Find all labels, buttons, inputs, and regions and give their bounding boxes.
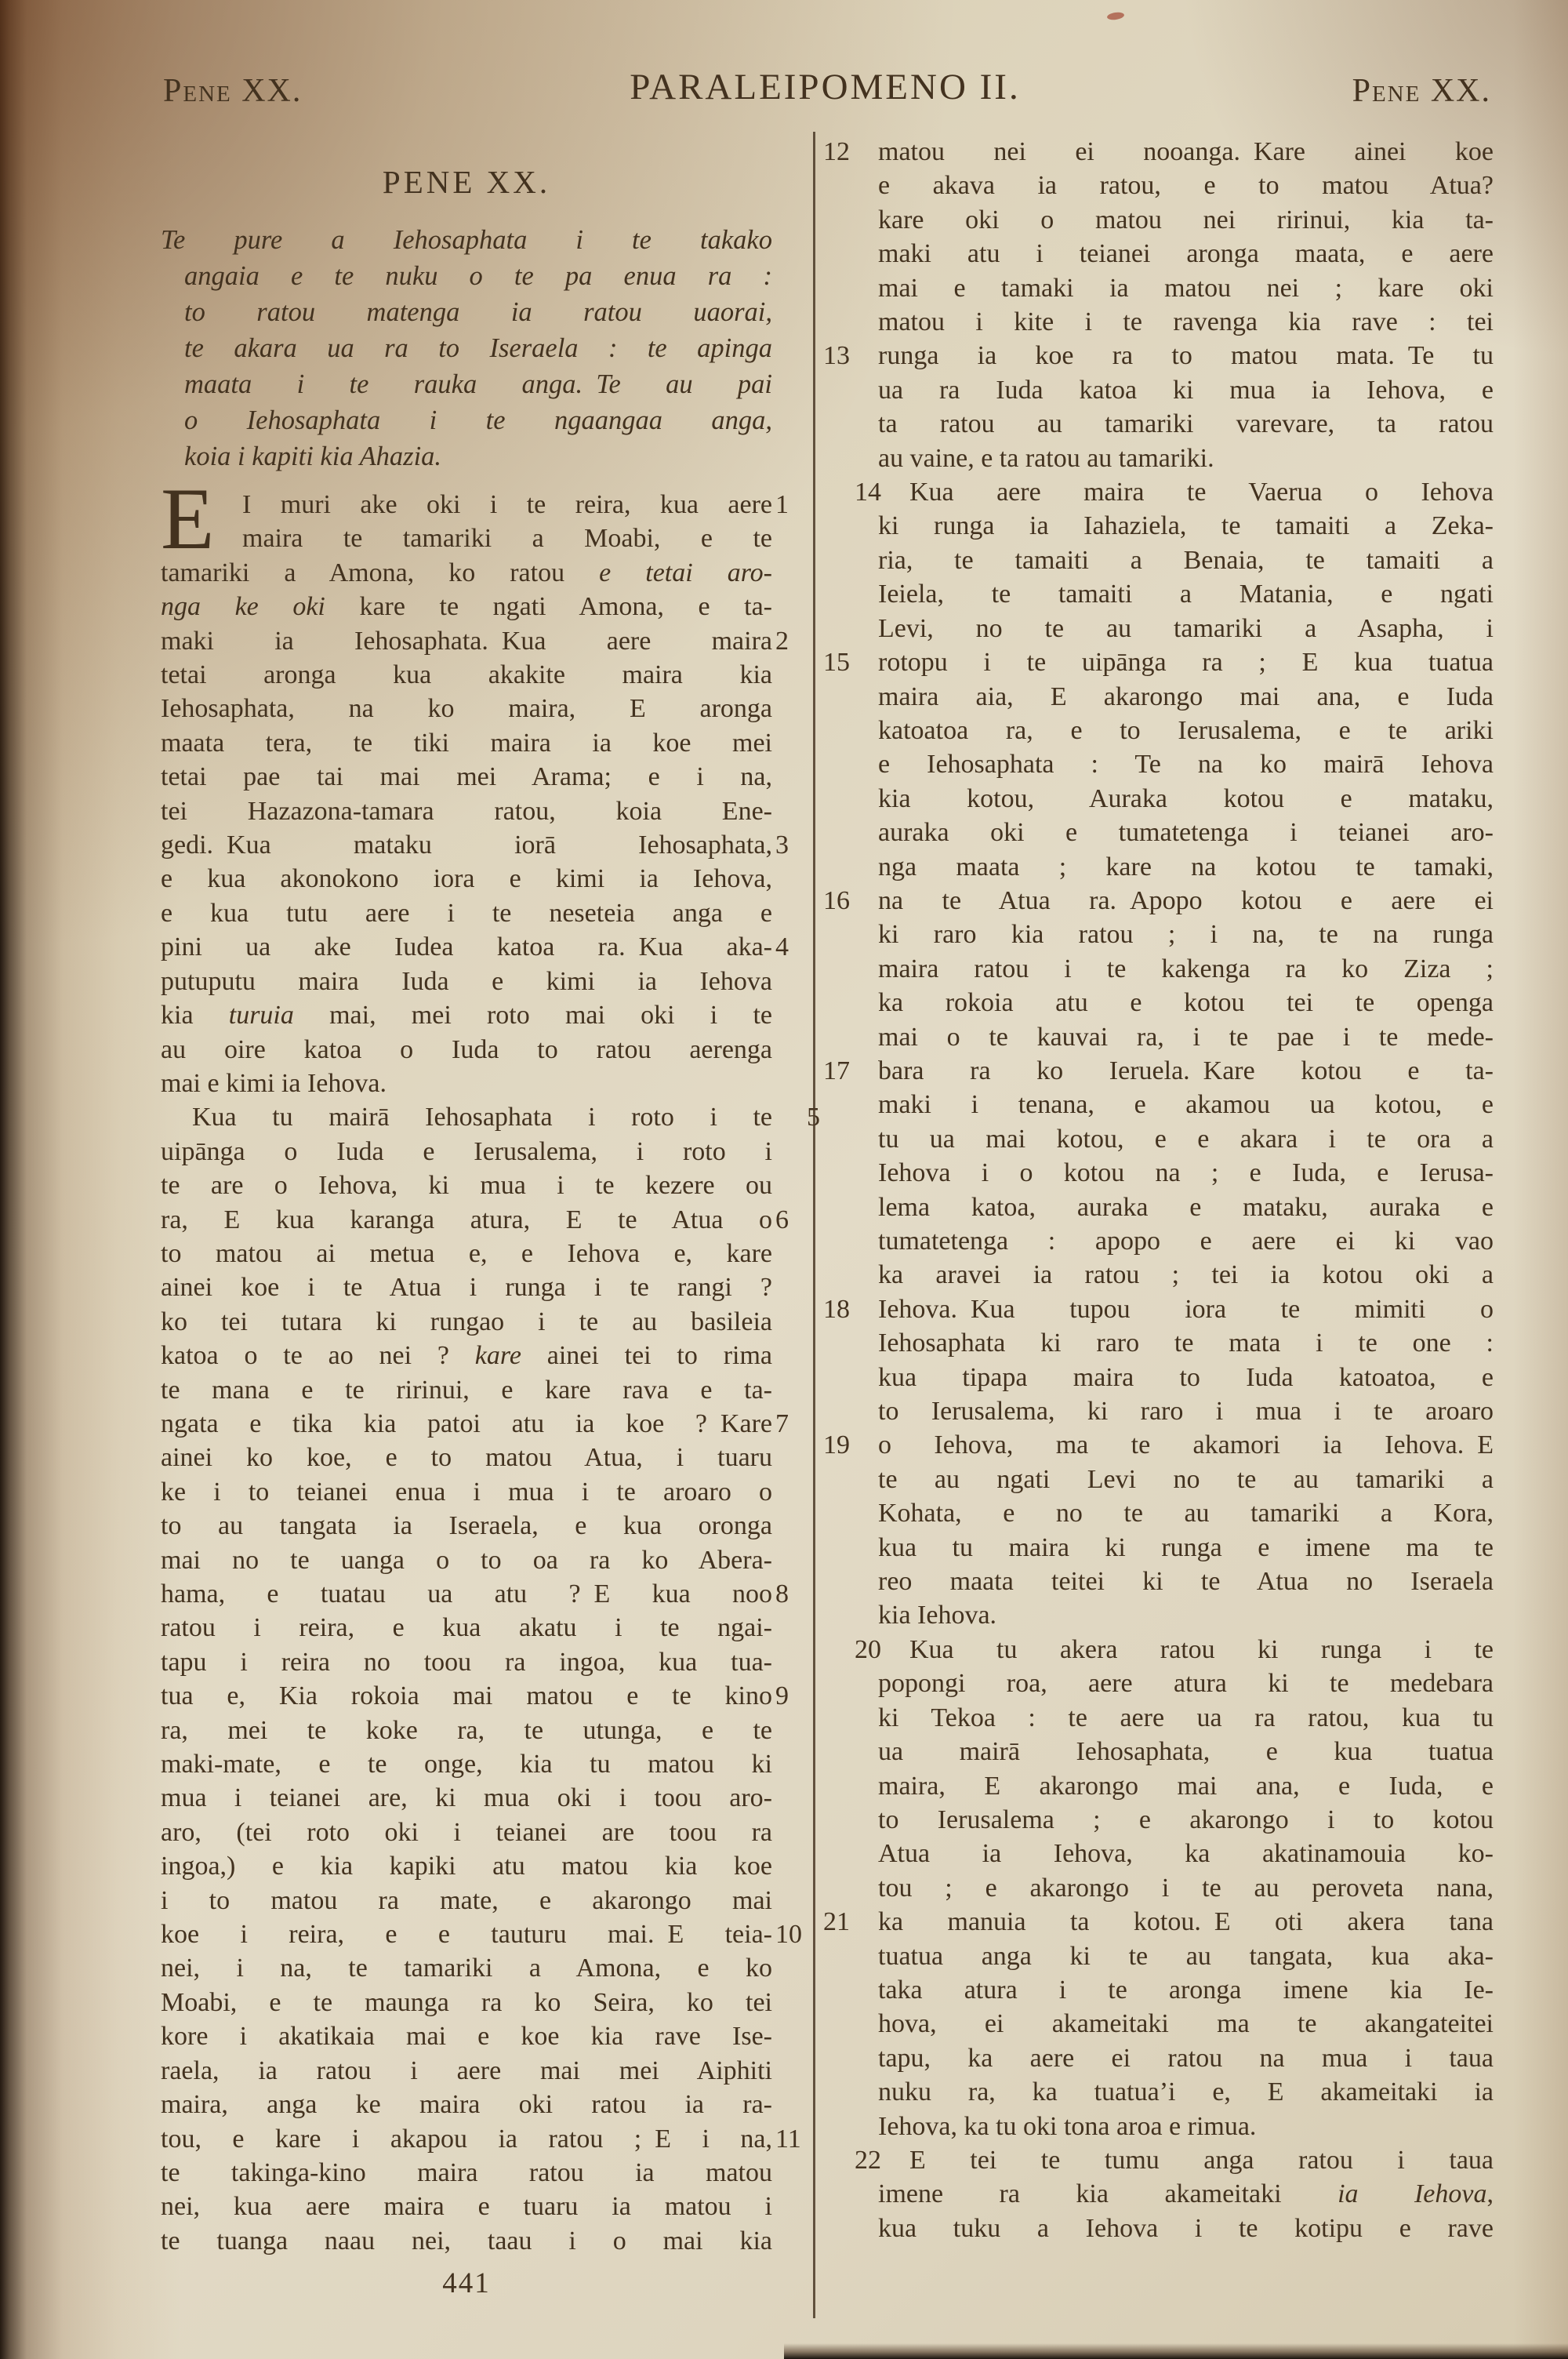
text-line: mai e kimi ia Iehova. [161,1067,772,1100]
text-line: taka atura i te aronga imene kia Ie- [878,1973,1494,2007]
text-line: maki i tenana, e akamou ua kotou, e [878,1088,1494,1121]
verse-number: 6 [775,1203,813,1237]
verse-number: 18 [823,1292,870,1326]
text-line: maira, E akarongo mai ana, e Iuda, e [878,1769,1494,1803]
verse-number: 9 [775,1679,813,1713]
text-line: o Iehova, ma te akamori ia Iehova. E19 [878,1428,1494,1462]
text-line: matou i kite i te ravenga kia rave : tei [878,305,1494,339]
text-line: Levi, no te au tamariki a Asapha, i [878,612,1494,645]
text-line: ke i to teianei enua i mua i te aroaro o [161,1475,772,1509]
verse-number: 10 [775,1917,813,1951]
text-line: maira te tamariki a Moabi, e te [161,522,772,555]
text-line: ta ratou au tamariki varevare, ta ratou [878,407,1494,441]
text-line: koia i kapiti kia Ahazia. [161,438,772,474]
text-line: matou nei ei nooanga. Kare ainei koe12 [878,135,1494,169]
text-line: gedi. Kua mataku iorā Iehosaphata,3 [161,828,772,862]
verse-number: 15 [823,645,870,679]
text-line: tou, e kare i akapou ia ratou ; E i na,1… [161,2122,772,2156]
text-line: to ratou matenga ia ratou uaorai, [161,294,772,330]
text-line: nei, kua aere maira e tuaru ia matou i [161,2190,772,2223]
text-line: i to matou ra mate, e akarongo mai [161,1884,772,1917]
verse-number: 1 [775,488,813,522]
text-line: kua tu maira ki runga e imene ma te [878,1531,1494,1565]
text-line: e Iehosaphata : Te na ko mairā Iehova [878,747,1494,781]
text-line: uipānga o Iuda e Ierusalema, i roto i [161,1135,772,1169]
text-line: te are o Iehova, ki mua i te kezere ou [161,1169,772,1202]
verse-number: 3 [775,828,813,862]
text-line: tu ua mai kotou, e e akara i te ora a [878,1122,1494,1156]
text-line: tetai pae tai mai mei Arama; e i na, [161,760,772,794]
text-line: hama, e tuatau ua atu ? E kua noo8 [161,1577,772,1611]
text-line: kare oki o matou nei ririnui, kia ta- [878,203,1494,237]
text-line: tuatua anga ki te au tangata, kua aka- [878,1939,1494,1973]
text-line: kia turuia mai, mei roto mai oki i te [161,998,772,1032]
chapter-summary: Te pure a Iehosaphata i te takakoangaia … [161,222,772,474]
running-head-right: Pene XX. [1352,72,1491,110]
book-page: Pene XX. PARALEIPOMENO II. Pene XX. PENE… [0,0,1568,2359]
text-line: Ieiela, te tamaiti a Matania, e ngati [878,577,1494,611]
text-line: I muri ake oki i te reira, kua aere1 [161,488,772,522]
text-line: ka rokoia atu e kotou tei te openga [878,986,1494,1020]
italic-text: turuia [229,1001,294,1030]
text-line: Iehova. Kua tupou iora te mimiti o18 [878,1292,1494,1326]
page-bottom-edge-shadow [784,2343,1568,2359]
text-line: ria, te tamaiti a Benaia, te tamaiti a [878,543,1494,577]
text-line: ki runga ia Iahaziela, te tamaiti a Zeka… [878,509,1494,543]
text-line: Kua tu mairā Iehosaphata i roto i te5 [161,1100,772,1134]
text-line: ka aravei ia ratou ; tei ia kotou oki a [878,1258,1494,1292]
text-line: ratou i reira, e kua akatu i te ngai- [161,1611,772,1645]
text-line: e kua akonokono iora e kimi ia Iehova, [161,862,772,896]
text-line: to matou ai metua e, e Iehova e, kare [161,1237,772,1270]
text-line: to Ierusalema, ki raro i mua i te aroaro [878,1394,1494,1428]
text-line: katoatoa ra, e to Ierusalema, e te ariki [878,714,1494,747]
text-line: ainei ko koe, e to matou Atua, i tuaru [161,1441,772,1474]
text-line: ua ra Iuda katoa ki mua ia Iehova, e [878,373,1494,407]
text-line: nei, i na, te tamariki a Amona, e ko [161,1951,772,1985]
italic-text: nga ke oki [161,592,325,621]
text-line: Atua ia Iehova, ka akatinamouia ko- [878,1837,1494,1870]
text-line: mai e tamaki ia matou nei ; kare oki [878,271,1494,305]
verse-number: 17 [823,1054,870,1088]
verse-number: 13 [823,339,870,373]
text-line: tumatetenga : apopo e aere ei ki vao [878,1224,1494,1258]
text-line: nga maata ; kare na kotou te tamaki, [878,850,1494,884]
verse-number: 5 [775,1100,813,1134]
verse-number: 8 [775,1577,813,1611]
text-line: maata tera, te tiki maira ia koe mei [161,726,772,760]
text-line: Iehova, ka tu oki tona aroa e rimua. [878,2110,1494,2143]
text-line: pini ua ake Iudea katoa ra. Kua aka-4 [161,930,772,964]
text-line: bara ra ko Ieruela. Kare kotou e ta-17 [878,1054,1494,1088]
text-line: ra, E kua karanga atura, E te Atua o6 [161,1203,772,1237]
text-line: te takinga-kino maira ratou ia matou [161,2156,772,2190]
text-line: te mana e te ririnui, e kare rava e ta- [161,1373,772,1407]
text-line: Kua tu akera ratou ki runga i te20 [878,1633,1494,1667]
verse-number: 4 [775,930,813,964]
text-line: tapu i reira no toou ra ingoa, kua tua- [161,1645,772,1679]
text-line: Kohata, e no te au tamariki a Kora, [878,1496,1494,1530]
text-line: maata i te rauka anga. Te au pai [161,366,772,402]
text-line: katoa o te ao nei ? kare ainei tei to ri… [161,1339,772,1372]
ink-smudge-mark [1106,12,1124,21]
chapter-heading: PENE XX. [161,163,772,201]
page-number: 441 [161,2266,772,2300]
text-line: tua e, Kia rokoia mai matou e te kino9 [161,1679,772,1713]
text-line: kua tuku a Iehova i te kotipu e rave [878,2212,1494,2245]
verse-number: 7 [775,1407,813,1441]
text-line: maira, anga ke maira oki ratou ia ra- [161,2088,772,2121]
text-line: to Ierusalema ; e akarongo i to kotou [878,1803,1494,1837]
text-line: te akara ua ra to Iseraela : te apinga [161,330,772,366]
text-line: aro, (tei roto oki i teianei are toou ra [161,1816,772,1849]
verse-number: 14 [823,475,870,509]
text-line: rotopu i te uipānga ra ; E kua tuatua15 [878,645,1494,679]
text-line: tetai aronga kua akakite maira kia [161,658,772,692]
text-line: runga ia koe ra to matou mata. Te tu13 [878,339,1494,373]
text-line: kia Iehova. [878,1598,1494,1632]
italic-text: e tetai aro- [599,558,772,587]
text-line: popongi roa, aere atura ki te medebara [878,1667,1494,1700]
verse-number: 19 [823,1428,870,1462]
text-line: mua i teianei are, ki mua oki i toou aro… [161,1781,772,1815]
text-line: maki atu i teianei aronga maata, e aere [878,237,1494,271]
text-line: mai no te uanga o to oa ra ko Abera- [161,1543,772,1577]
text-line: ingoa,) e kia kapiki atu matou kia koe [161,1849,772,1883]
text-line: maira ratou i te kakenga ra ko Ziza ; [878,952,1494,986]
text-line: angaia e te nuku o te pa enua ra : [161,258,772,294]
text-line: reo maata teitei ki te Atua no Iseraela [878,1565,1494,1598]
running-head-title: PARALEIPOMENO II. [157,66,1494,108]
text-line: ngata e tika kia patoi atu ia koe ? Kare… [161,1407,772,1441]
verse-number: 22 [823,2143,870,2177]
text-line: hova, ei akameitaki ma te akangateitei [878,2007,1494,2041]
column-divider-rule [813,132,815,2318]
text-line: Iehosaphata, na ko maira, E aronga [161,692,772,725]
text-line: ki Tekoa : te aere ua ra ratou, kua tu [878,1701,1494,1735]
text-line: Iehosaphata ki raro te mata i te one : [878,1326,1494,1360]
text-line: kua tipapa maira to Iuda katoatoa, e [878,1361,1494,1394]
italic-text: kare [475,1341,521,1370]
text-line: lema katoa, auraka e mataku, auraka e [878,1190,1494,1224]
text-line: Kua aere maira te Vaerua o Iehova14 [878,475,1494,509]
text-line: tou ; e akarongo i te au peroveta nana, [878,1871,1494,1905]
text-line: ko tei tutara ki rungao i te au basileia [161,1305,772,1339]
text-line: maki ia Iehosaphata. Kua aere maira2 [161,624,772,658]
verse-number: 16 [823,884,870,918]
text-line: Te pure a Iehosaphata i te takako [161,222,772,258]
verse-number: 12 [823,135,870,169]
text-line: raela, ia ratou i aere mai mei Aiphiti [161,2054,772,2088]
italic-text: ia Iehova [1338,2179,1486,2208]
text-line: kia kotou, Auraka kotou e mataku, [878,782,1494,816]
text-line: Iehova i o kotou na ; e Iuda, e Ierusa- [878,1156,1494,1190]
text-line: ki raro kia ratou ; i na, te na runga [878,918,1494,951]
text-line: tapu, ka aere ei ratou na mua i taua [878,2041,1494,2075]
text-line: kore i akatikaia mai e koe kia rave Ise- [161,2019,772,2053]
verse-number: 11 [775,2122,813,2156]
text-line: na te Atua ra. Apopo kotou e aere ei16 [878,884,1494,918]
text-line: e kua tutu aere i te neseteia anga e [161,896,772,930]
verse-number: 21 [823,1905,870,1939]
verse-number: 2 [775,624,813,658]
text-line: maira aia, E akarongo mai ana, e Iuda [878,680,1494,714]
text-line: nga ke oki kare te ngati Amona, e ta- [161,590,772,623]
text-line: Moabi, e te maunga ra ko Seira, ko tei [161,1986,772,2019]
text-line: ainei koe i te Atua i runga i te rangi ? [161,1270,772,1304]
text-line: tamariki a Amona, ko ratou e tetai aro- [161,556,772,590]
text-line: koe i reira, e e tauturu mai. E teia-10 [161,1917,772,1951]
text-line: nuku ra, ka tuatua’i e, E akameitaki ia [878,2075,1494,2109]
text-line: o Iehosaphata i te ngaangaa anga, [161,402,772,438]
text-line: ka manuia ta kotou. E oti akera tana21 [878,1905,1494,1939]
text-line: ra, mei te koke ra, te utunga, e te [161,1714,772,1747]
left-column-text: I muri ake oki i te reira, kua aere1mair… [161,488,772,2258]
verse-number: 20 [823,1633,870,1667]
text-line: imene ra kia akameitaki ia Iehova, [878,2177,1494,2211]
right-column-text: matou nei ei nooanga. Kare ainei koe12e … [878,135,1494,2245]
text-line: au vaine, e ta ratou au tamariki. [878,442,1494,475]
text-line: tei Hazazona-tamara ratou, koia Ene- [161,794,772,828]
text-line: to au tangata ia Iseraela, e kua oronga [161,1509,772,1543]
text-line: te tuanga naau nei, taau i o mai kia [161,2224,772,2258]
text-line: putuputu maira Iuda e kimi ia Iehova [161,965,772,998]
text-line: e akava ia ratou, e to matou Atua? [878,169,1494,202]
text-line: te au ngati Levi no te au tamariki a [878,1463,1494,1496]
text-line: au oire katoa o Iuda to ratou aerenga [161,1033,772,1067]
text-line: auraka oki e tumatetenga i teianei aro- [878,816,1494,849]
text-line: maki-mate, e te onge, kia tu matou ki [161,1747,772,1781]
text-line: ua mairā Iehosaphata, e kua tuatua [878,1735,1494,1768]
text-line: mai o te kauvai ra, i te pae i te mede- [878,1020,1494,1054]
text-line: E tei te tumu anga ratou i taua22 [878,2143,1494,2177]
